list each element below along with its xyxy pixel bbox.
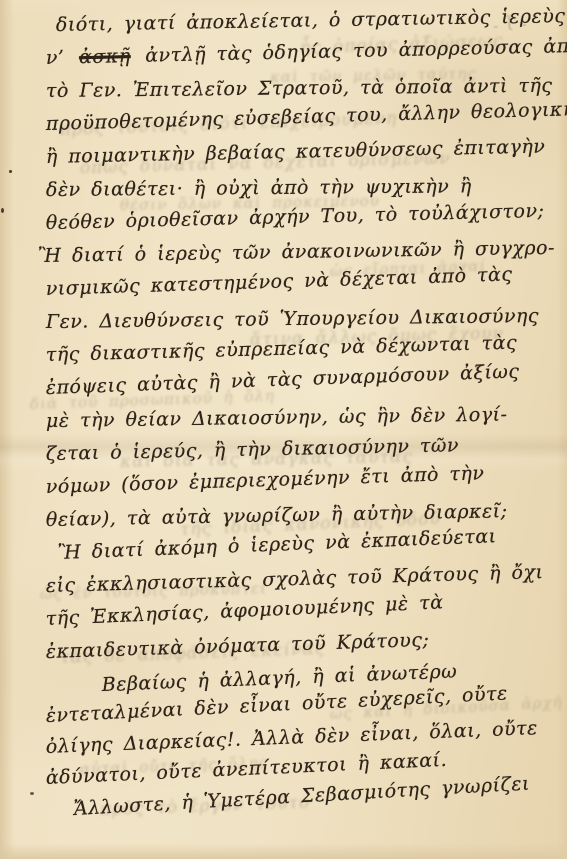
ink-speck bbox=[9, 170, 12, 173]
ink-speck bbox=[30, 792, 34, 795]
handwritten-text-block: διότι, γιατί ἀποκλείεται, ὁ στρατιωτικὸς… bbox=[46, 14, 557, 829]
line2-prefix: ν’ bbox=[46, 47, 65, 69]
manuscript-page: ἧς ὁποίας ἀξιώσεως καὶ τῶν μελῶν ταύτης … bbox=[0, 0, 567, 859]
ink-speck bbox=[1, 208, 4, 213]
struck-out-word: ἀσκῇ bbox=[79, 45, 131, 68]
